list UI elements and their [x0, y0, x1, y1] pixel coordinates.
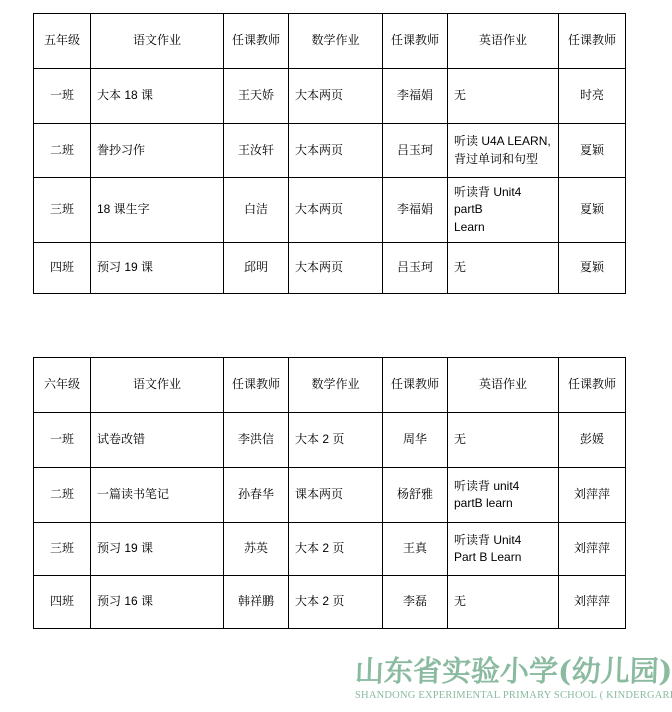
math-homework-cell: 大本 2 页	[289, 523, 383, 576]
table-row: 一班 大本 18 课 王天娇 大本两页 李福娟 无 时亮	[34, 69, 626, 124]
math-teacher-cell: 王真	[383, 523, 448, 576]
english-homework-cell: 无	[448, 576, 559, 629]
english-teacher-cell: 刘萍萍	[559, 576, 626, 629]
math-homework-cell: 大本两页	[289, 69, 383, 124]
grade6-header-math-teacher: 任课教师	[383, 358, 448, 413]
math-teacher-cell: 周华	[383, 413, 448, 468]
table-row: 二班 一篇读书笔记 孙春华 课本两页 杨舒雅 听读背 unit4 partB l…	[34, 468, 626, 523]
chinese-homework-cell: 大本 18 课	[91, 69, 224, 124]
chinese-teacher-cell: 孙春华	[224, 468, 289, 523]
grade6-label: 六年级	[34, 358, 91, 413]
math-teacher-cell: 吕玉珂	[383, 243, 448, 294]
chinese-teacher-cell: 白洁	[224, 178, 289, 243]
chinese-teacher-cell: 韩祥鹏	[224, 576, 289, 629]
grade5-label: 五年级	[34, 14, 91, 69]
table-row: 四班 预习 19 课 邱明 大本两页 吕玉珂 无 夏颖	[34, 243, 626, 294]
school-logo: 山东省实验小学(幼儿园) SHANDONG EXPERIMENTAL PRIMA…	[355, 654, 665, 701]
math-homework-cell: 大本两页	[289, 178, 383, 243]
grade6-header-chinese-teacher: 任课教师	[224, 358, 289, 413]
grade5-header-chinese-teacher: 任课教师	[224, 14, 289, 69]
math-homework-cell: 大本 2 页	[289, 413, 383, 468]
english-teacher-cell: 夏颖	[559, 124, 626, 178]
chinese-homework-cell: 预习 19 课	[91, 243, 224, 294]
class-cell: 三班	[34, 523, 91, 576]
chinese-teacher-cell: 王汝轩	[224, 124, 289, 178]
school-logo-chinese-name: 山东省实验小学(幼儿园)	[354, 654, 665, 689]
table-row: 三班 18 课生字 白洁 大本两页 李福娟 听读背 Unit4 partB Le…	[34, 178, 626, 243]
class-cell: 四班	[34, 243, 91, 294]
chinese-homework-cell: 一篇读书笔记	[91, 468, 224, 523]
chinese-teacher-cell: 邱明	[224, 243, 289, 294]
class-cell: 四班	[34, 576, 91, 629]
grade6-header-math-homework: 数学作业	[289, 358, 383, 413]
chinese-teacher-cell: 李洪信	[224, 413, 289, 468]
grade6-homework-table: 六年级 语文作业 任课教师 数学作业 任课教师 英语作业 任课教师 一班 试卷改…	[33, 357, 626, 629]
math-teacher-cell: 李福娟	[383, 69, 448, 124]
school-logo-english-name: SHANDONG EXPERIMENTAL PRIMARY SCHOOL ( K…	[355, 690, 665, 701]
math-teacher-cell: 李福娟	[383, 178, 448, 243]
grade5-header-english-teacher: 任课教师	[559, 14, 626, 69]
chinese-teacher-cell: 王天娇	[224, 69, 289, 124]
english-teacher-cell: 夏颖	[559, 243, 626, 294]
class-cell: 三班	[34, 178, 91, 243]
grade6-header-chinese-homework: 语文作业	[91, 358, 224, 413]
chinese-homework-cell: 试卷改错	[91, 413, 224, 468]
english-homework-cell: 无	[448, 413, 559, 468]
grade5-header-chinese-homework: 语文作业	[91, 14, 224, 69]
grade6-header-english-teacher: 任课教师	[559, 358, 626, 413]
class-cell: 一班	[34, 69, 91, 124]
english-teacher-cell: 彭媛	[559, 413, 626, 468]
grade5-header-math-homework: 数学作业	[289, 14, 383, 69]
math-homework-cell: 大本两页	[289, 243, 383, 294]
table-row: 二班 誊抄习作 王汝轩 大本两页 吕玉珂 听读 U4A LEARN, 背过单词和…	[34, 124, 626, 178]
class-cell: 二班	[34, 124, 91, 178]
english-homework-cell: 无	[448, 243, 559, 294]
chinese-teacher-cell: 苏英	[224, 523, 289, 576]
english-homework-cell: 无	[448, 69, 559, 124]
english-teacher-cell: 刘萍萍	[559, 523, 626, 576]
class-cell: 二班	[34, 468, 91, 523]
grade5-homework-table: 五年级 语文作业 任课教师 数学作业 任课教师 英语作业 任课教师 一班 大本 …	[33, 13, 626, 294]
chinese-homework-cell: 预习 19 课	[91, 523, 224, 576]
math-homework-cell: 大本 2 页	[289, 576, 383, 629]
table-row: 一班 试卷改错 李洪信 大本 2 页 周华 无 彭媛	[34, 413, 626, 468]
math-teacher-cell: 李磊	[383, 576, 448, 629]
grade5-header-row: 五年级 语文作业 任课教师 数学作业 任课教师 英语作业 任课教师	[34, 14, 626, 69]
table-row: 四班 预习 16 课 韩祥鹏 大本 2 页 李磊 无 刘萍萍	[34, 576, 626, 629]
english-teacher-cell: 夏颖	[559, 178, 626, 243]
homework-sheet-page: 五年级 语文作业 任课教师 数学作业 任课教师 英语作业 任课教师 一班 大本 …	[0, 0, 672, 712]
math-homework-cell: 课本两页	[289, 468, 383, 523]
english-homework-cell: 听读背 Unit4 partB Learn	[448, 178, 559, 243]
grade5-header-math-teacher: 任课教师	[383, 14, 448, 69]
math-teacher-cell: 杨舒雅	[383, 468, 448, 523]
english-homework-cell: 听读背 Unit4 Part B Learn	[448, 523, 559, 576]
chinese-homework-cell: 预习 16 课	[91, 576, 224, 629]
chinese-homework-cell: 誊抄习作	[91, 124, 224, 178]
grade5-header-english-homework: 英语作业	[448, 14, 559, 69]
english-homework-cell: 听读背 unit4 partB learn	[448, 468, 559, 523]
math-homework-cell: 大本两页	[289, 124, 383, 178]
math-teacher-cell: 吕玉珂	[383, 124, 448, 178]
class-cell: 一班	[34, 413, 91, 468]
english-teacher-cell: 时亮	[559, 69, 626, 124]
chinese-homework-cell: 18 课生字	[91, 178, 224, 243]
english-teacher-cell: 刘萍萍	[559, 468, 626, 523]
english-homework-cell: 听读 U4A LEARN, 背过单词和句型	[448, 124, 559, 178]
grade6-header-row: 六年级 语文作业 任课教师 数学作业 任课教师 英语作业 任课教师	[34, 358, 626, 413]
grade6-header-english-homework: 英语作业	[448, 358, 559, 413]
table-row: 三班 预习 19 课 苏英 大本 2 页 王真 听读背 Unit4 Part B…	[34, 523, 626, 576]
